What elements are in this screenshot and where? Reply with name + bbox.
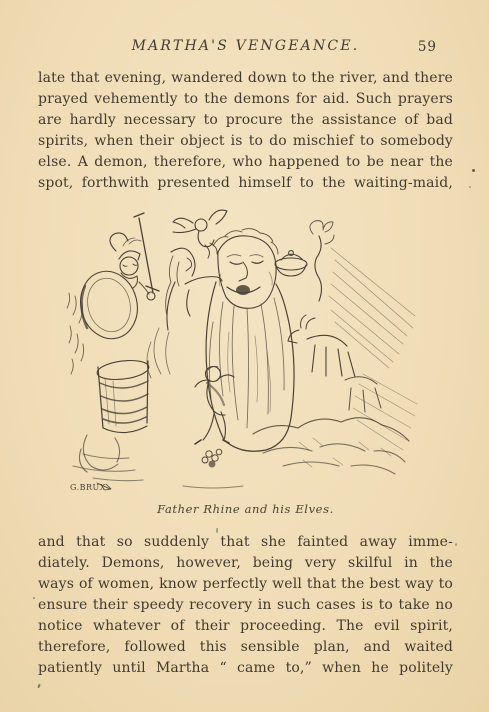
page-header: MARTHA'S VENGEANCE. 59 xyxy=(38,38,453,58)
book-page: MARTHA'S VENGEANCE. 59 late that evening… xyxy=(38,38,453,679)
text-line: patiently until Martha “ came to,” when … xyxy=(38,658,453,679)
paper-speck xyxy=(37,684,41,688)
paper-speck xyxy=(455,543,457,546)
text-line: spot, forthwith presented himself to the… xyxy=(38,173,453,194)
text-line: therefore, followed this sensible plan, … xyxy=(38,637,453,658)
paper-speck xyxy=(216,528,218,533)
text-line: are hardly necessary to procure the assi… xyxy=(38,110,453,131)
illustration-figure: G.BRUX Father Rhine and his Elves. xyxy=(38,202,453,516)
paragraph-2: and that so suddenly that she fainted aw… xyxy=(38,532,453,679)
running-title: MARTHA'S VENGEANCE. xyxy=(38,38,453,54)
text-line: ways of women, know perfectly well that … xyxy=(38,574,453,595)
paper-speck xyxy=(33,597,35,599)
text-line: prayed vehemently to the demons for aid.… xyxy=(38,89,453,110)
paper-speck xyxy=(469,186,471,188)
text-line: notice whatever of their proceeding. The… xyxy=(38,616,453,637)
paper-speck xyxy=(472,169,475,172)
engraving-illustration: G.BRUX xyxy=(63,202,428,497)
text-line: and that so suddenly that she fainted aw… xyxy=(38,532,453,553)
engraver-signature: G.BRUX xyxy=(70,483,106,492)
text-line: spirits, when their object is to do misc… xyxy=(38,131,453,152)
text-line: late that evening, wandered down to the … xyxy=(38,68,453,89)
text-line: else. A demon, therefore, who happened t… xyxy=(38,152,453,173)
paragraph-1: late that evening, wandered down to the … xyxy=(38,68,453,194)
text-line: diately. Demons, however, being very ski… xyxy=(38,553,453,574)
illustration-caption: Father Rhine and his Elves. xyxy=(38,502,453,516)
page-number: 59 xyxy=(418,39,437,55)
text-line: ensure their speedy recovery in such cas… xyxy=(38,595,453,616)
